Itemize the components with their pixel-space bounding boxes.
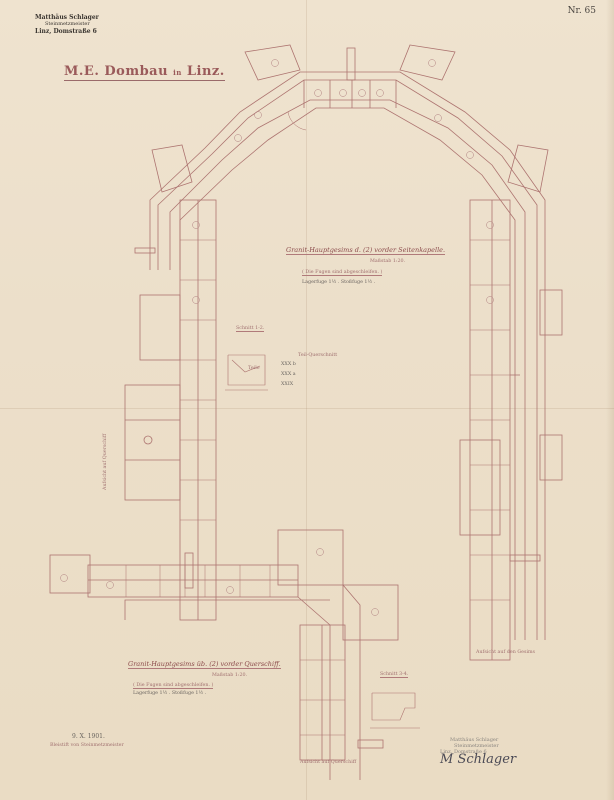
drawing-title: M.E. Dombau in Linz. [64, 64, 225, 81]
upper-plan-title: Granit-Hauptgesims d. (2) vorder Seitenk… [286, 246, 445, 255]
signature-block: Matthäus Schlager Steinmetzmeister Linz,… [440, 737, 516, 763]
section-row-3: XXIX [281, 382, 293, 387]
section-1-2-title: Schnitt 1-2. [236, 326, 264, 332]
lower-plan-note: ( Die Fugen sind abgeschleifen. ) [133, 683, 213, 689]
projecting-block [508, 145, 548, 192]
stamp-line-1: Matthäus Schlager [35, 14, 99, 21]
projecting-block [400, 45, 455, 80]
title-text: M.E. Dombau [64, 64, 168, 79]
title-place: Linz. [187, 64, 225, 79]
section-row-2: XXX a [281, 372, 296, 377]
upper-plan-note: ( Die Fugen sind abgeschleifen. ) [302, 270, 382, 276]
section-row-1: XXX b [281, 362, 296, 367]
right-bottom-label: Aufsicht auf den Gesims [476, 650, 535, 655]
section-inner-label: Teile [248, 366, 260, 371]
stamp-line-2: Steinmetzmeister [35, 21, 99, 28]
upper-plan-detail: Lagerfuge 1½ . Stoßfuge 1½ . [302, 280, 375, 285]
date-note: Bleistift von Steinmetzmeister [50, 743, 124, 748]
lower-plan-title: Granit-Hauptgesims üb. (2) vorder Quersc… [128, 660, 281, 669]
floor-plan-drawing [0, 0, 614, 800]
date-line: 9. X. 1901. [72, 733, 105, 740]
projecting-block [152, 145, 192, 192]
section-1-2-detail [225, 355, 268, 390]
section-1-2-right-label: Teil-Querschnitt [298, 353, 337, 358]
lower-plan-detail: Lagerfuge 1½ . Stoßfuge 1½ . [133, 691, 206, 696]
title-suffix: in [173, 68, 182, 77]
upper-plan-scale: Maßstab 1:20. [370, 259, 405, 264]
left-side-label: Aufsicht auf Querschiff [103, 434, 108, 490]
projecting-block [245, 45, 300, 80]
section-3-4-detail [370, 693, 420, 728]
sheet-number: Nr. 65 [568, 6, 596, 16]
handwritten-signature: M Schlager [440, 757, 516, 763]
stamp-line-3: Linz, Domstraße 6 [35, 28, 99, 35]
section-3-4-title: Schnitt 3-4. [380, 672, 408, 678]
maker-stamp: Matthäus Schlager Steinmetzmeister Linz,… [35, 14, 99, 35]
lower-plan-scale: Maßstab 1:20. [212, 673, 247, 678]
lower-center-label: Aufsicht auf Querschiff [300, 760, 356, 765]
